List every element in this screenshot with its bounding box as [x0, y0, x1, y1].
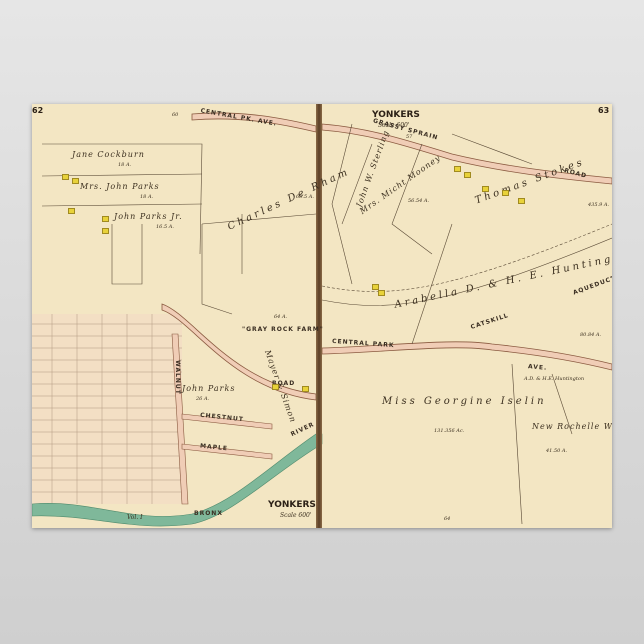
owner-area: 68.5 A.: [296, 194, 314, 200]
owner-area: 16.5 A.: [156, 224, 174, 230]
farm-label: "GRAY ROCK FARM": [242, 326, 324, 333]
building-marker: [102, 228, 109, 234]
building-marker: [378, 290, 385, 296]
owner-area: 41.50 A.: [546, 448, 567, 454]
road-label: WALNUT: [174, 360, 181, 395]
owner-label: New Rochelle Water Co.: [532, 422, 612, 431]
owner-label: John Parks: [182, 384, 235, 393]
owner-area: 26 A.: [196, 396, 209, 402]
owner-area: 64 A.: [274, 314, 287, 320]
building-marker: [502, 190, 509, 196]
owner-label: John Parks Jr.: [114, 212, 183, 221]
owner-area: 18 A.: [140, 194, 153, 200]
building-marker: [454, 166, 461, 172]
building-marker: [272, 384, 279, 390]
building-marker: [68, 208, 75, 214]
owner-area: 18 A.: [118, 162, 131, 168]
page-gutter: [316, 104, 322, 528]
volume-label: Vol. I: [127, 514, 143, 521]
owner-label: A.D. & H.E. Huntington: [524, 376, 584, 382]
owner-area: 56.54 A.: [408, 198, 429, 204]
map-scale-bottom: Scale 600': [280, 512, 312, 519]
map-poster: 62 63 YONKERS Scale 600' YONKERS Scale 6…: [32, 104, 612, 528]
map-title-bottom: YONKERS: [268, 500, 316, 510]
owner-area: 435.9 A.: [588, 202, 609, 208]
owner-area: 80.84 A.: [580, 332, 601, 338]
road-label: BRONX: [194, 510, 223, 517]
building-marker: [302, 386, 309, 392]
building-marker: [62, 174, 69, 180]
plate-number: 64: [444, 516, 450, 522]
plate-number: 60: [172, 112, 178, 118]
page-number-right: 63: [598, 106, 609, 115]
building-marker: [518, 198, 525, 204]
owner-label: Jane Cockburn: [72, 150, 145, 159]
building-marker: [102, 216, 109, 222]
building-marker: [482, 186, 489, 192]
owner-area: 131.356 Ac.: [434, 428, 464, 434]
owner-label: Miss Georgine Iselin: [382, 396, 547, 407]
building-marker: [72, 178, 79, 184]
page-number-left: 62: [32, 106, 43, 115]
building-marker: [464, 172, 471, 178]
owner-label: Mrs. John Parks: [80, 182, 160, 191]
